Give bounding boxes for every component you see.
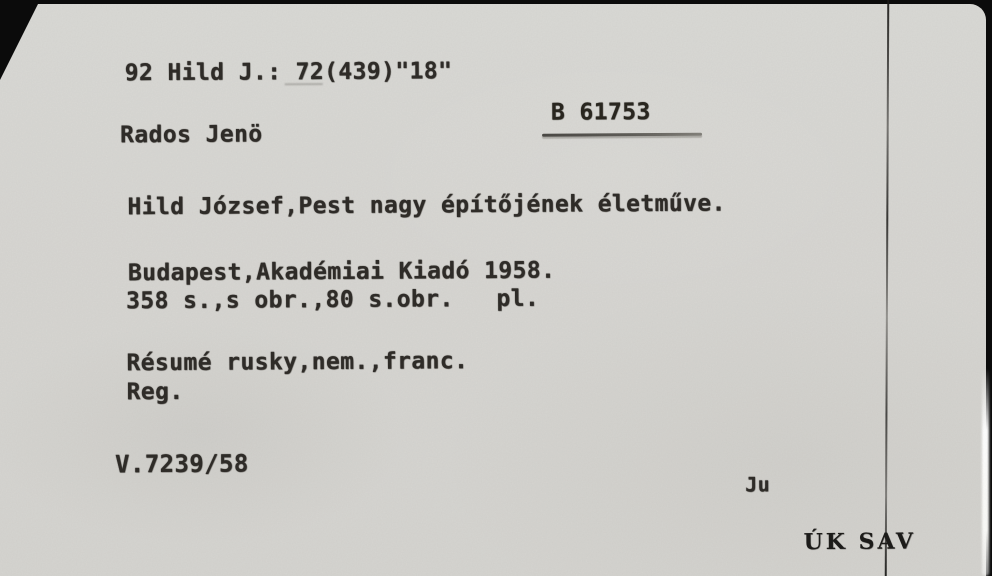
record-number: V.7239/58 — [115, 452, 249, 477]
collation-line: 358 s.,s obr.,80 s.obr. pl. — [126, 288, 539, 314]
register-note-line: Reg. — [127, 381, 184, 404]
imprint-line: Budapest,Akadémiai Kiadó 1958. — [128, 260, 556, 286]
cataloguer-initials: Ju — [745, 474, 770, 494]
scanned-catalog-card: 92 Hild J.: 72(439)"18" B 61753 Rados Je… — [0, 0, 992, 576]
pencil-smudge — [285, 83, 323, 85]
call-number-underline — [542, 133, 702, 137]
library-stamp: ÚK SAV — [803, 530, 916, 553]
call-number: B 61753 — [551, 101, 651, 125]
title-line: Hild József,Pest nagy építőjének életműv… — [127, 193, 726, 220]
classification-line: 92 Hild J.: 72(439)"18" — [125, 60, 453, 85]
author-line: Rados Jenö — [120, 123, 263, 147]
typewritten-text-layer: 92 Hild J.: 72(439)"18" B 61753 Rados Je… — [0, 0, 992, 576]
summary-note-line: Résumé rusky,nem.,franc. — [126, 350, 468, 375]
